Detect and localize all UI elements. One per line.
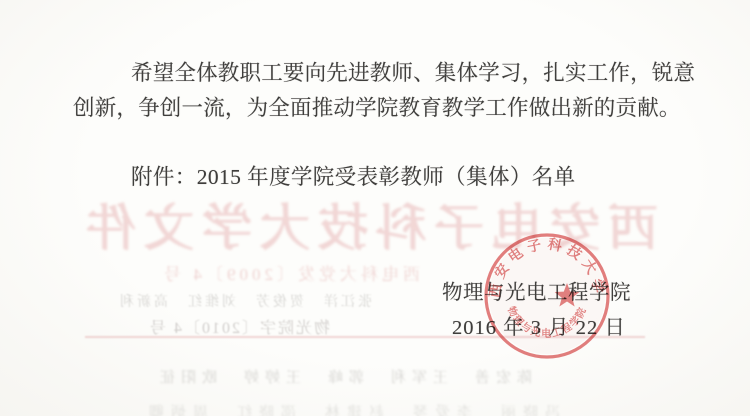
official-seal: 西安电子科技大学 物理与光电工程学院 [477,226,619,368]
body-paragraph-line-1: 希望全体教职工要向先进教师、集体学习，扎实工作，锐意 [131,56,695,87]
bleedthrough-gray-doc-number: 物光院字〔2010〕4 号 [148,315,330,338]
body-paragraph-line-2: 创新，争创一流，为全面推动学院教育教学工作做出新的贡献。 [73,91,681,122]
bleedthrough-red-doc-number: 西电科大党发〔2009〕4 号 [160,260,420,285]
bleedthrough-gray-row-2: 陈宏善 王军利 郭峰 王婷婷 欧阳征 [154,366,532,387]
bleedthrough-gray-row-1: 张江洋 贺俊芳 刘维红 高新利 [117,291,372,311]
attachment-line: 附件：2015 年度学院受表彰教师（集体）名单 [131,160,576,191]
document-scan-page: 西安电子科技大学文件 西电科大党发〔2009〕4 号 张江洋 贺俊芳 刘维红 高… [0,0,750,416]
bleedthrough-gray-row-3: 冯晓丽 李爱琴 赵建林 邵晓红 周炳卿 [142,401,560,416]
